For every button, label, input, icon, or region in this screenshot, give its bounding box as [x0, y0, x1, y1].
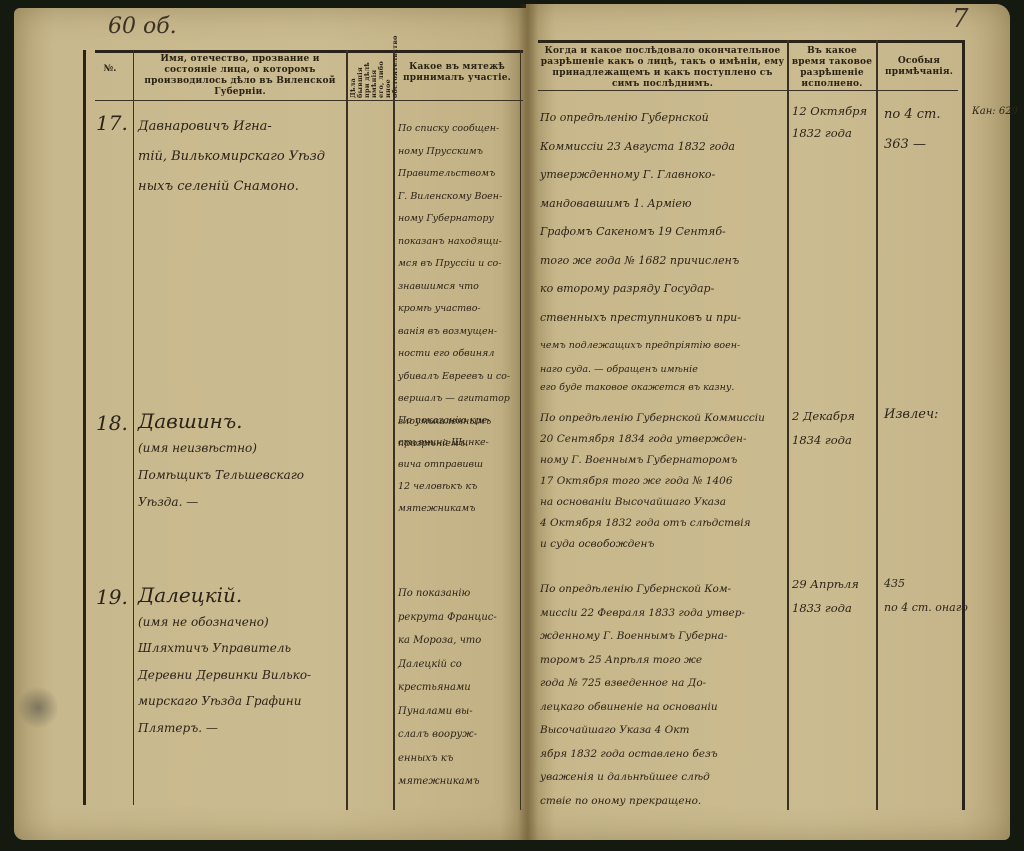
header-person: Имя, отечество, прозвание и состояніе ли…: [136, 54, 344, 98]
header-executed: Въ какое время таковое разрѣшеніе исполн…: [790, 46, 874, 90]
header-top-rule: [95, 50, 523, 53]
row-number: 19.: [96, 586, 128, 608]
participation-cell: По показанію рекрута Францис- ка Мороза,…: [398, 582, 497, 794]
participation-cell: По показанію кре- стьянина Шинке- вича о…: [398, 410, 490, 520]
col-sep-person: [346, 50, 348, 810]
executed-cell: 2 Декабря 1834 года: [792, 404, 855, 452]
col-sep-property: [393, 50, 395, 810]
ink-stain: [18, 685, 58, 730]
header-decision: Когда и какое послѣдовало окончательное …: [540, 46, 785, 90]
folio-left: 60 об.: [108, 14, 177, 39]
executed-cell: 29 Апрѣля 1833 года: [792, 572, 859, 620]
left-border: [83, 50, 86, 805]
col-sep-participation: [520, 50, 521, 810]
person-cell: Давшинъ. (имя неизвѣстно) Помѣщикъ Тельш…: [138, 408, 304, 516]
decision-cell: По опредѣленію Губернской Коммиссіи 23 А…: [540, 104, 741, 397]
decision-cell: По опредѣленію Губернской Ком- миссіи 22…: [540, 578, 745, 813]
person-cell: Далецкій. (имя не обозначено) Шляхтичъ У…: [138, 582, 311, 741]
col-sep-decision: [787, 40, 789, 810]
row-number: 17.: [96, 112, 128, 134]
col-sep-number: [133, 50, 134, 805]
margin-note: Кан: 629: [972, 100, 1018, 124]
header-participation: Какое въ мятежѣ принималъ участіе.: [396, 62, 518, 84]
executed-cell: 12 Октября 1832 года: [792, 100, 867, 144]
decision-cell: По опредѣленію Губернской Коммиссіи 20 С…: [540, 408, 765, 555]
header-number: №.: [88, 64, 132, 75]
participation-cell: По списку сообщен- ному Прусскимъ Правит…: [398, 118, 510, 456]
person-cell: Давнаровичъ Игна- тій, Вилькомирскаго Уѣ…: [138, 112, 325, 202]
right-border: [962, 40, 965, 810]
binding-fold: [518, 4, 538, 840]
header-notes: Особыя примѣчанія.: [878, 56, 960, 78]
notes-cell: по 4 ст. 363 —: [884, 100, 940, 160]
header-bottom-rule: [95, 100, 523, 101]
header-bottom-rule-right: [538, 90, 958, 91]
header-property: Дѣла бывшія при дѣлѣ имѣнія его, либо ин…: [350, 54, 390, 98]
header-top-rule-right: [538, 40, 963, 43]
notes-cell: Извлеч:: [884, 404, 938, 426]
folio-right: 7: [952, 4, 969, 34]
notes-cell: 435 по 4 ст. онаго: [884, 572, 968, 620]
col-sep-executed: [876, 40, 878, 810]
row-number: 18.: [96, 412, 128, 434]
